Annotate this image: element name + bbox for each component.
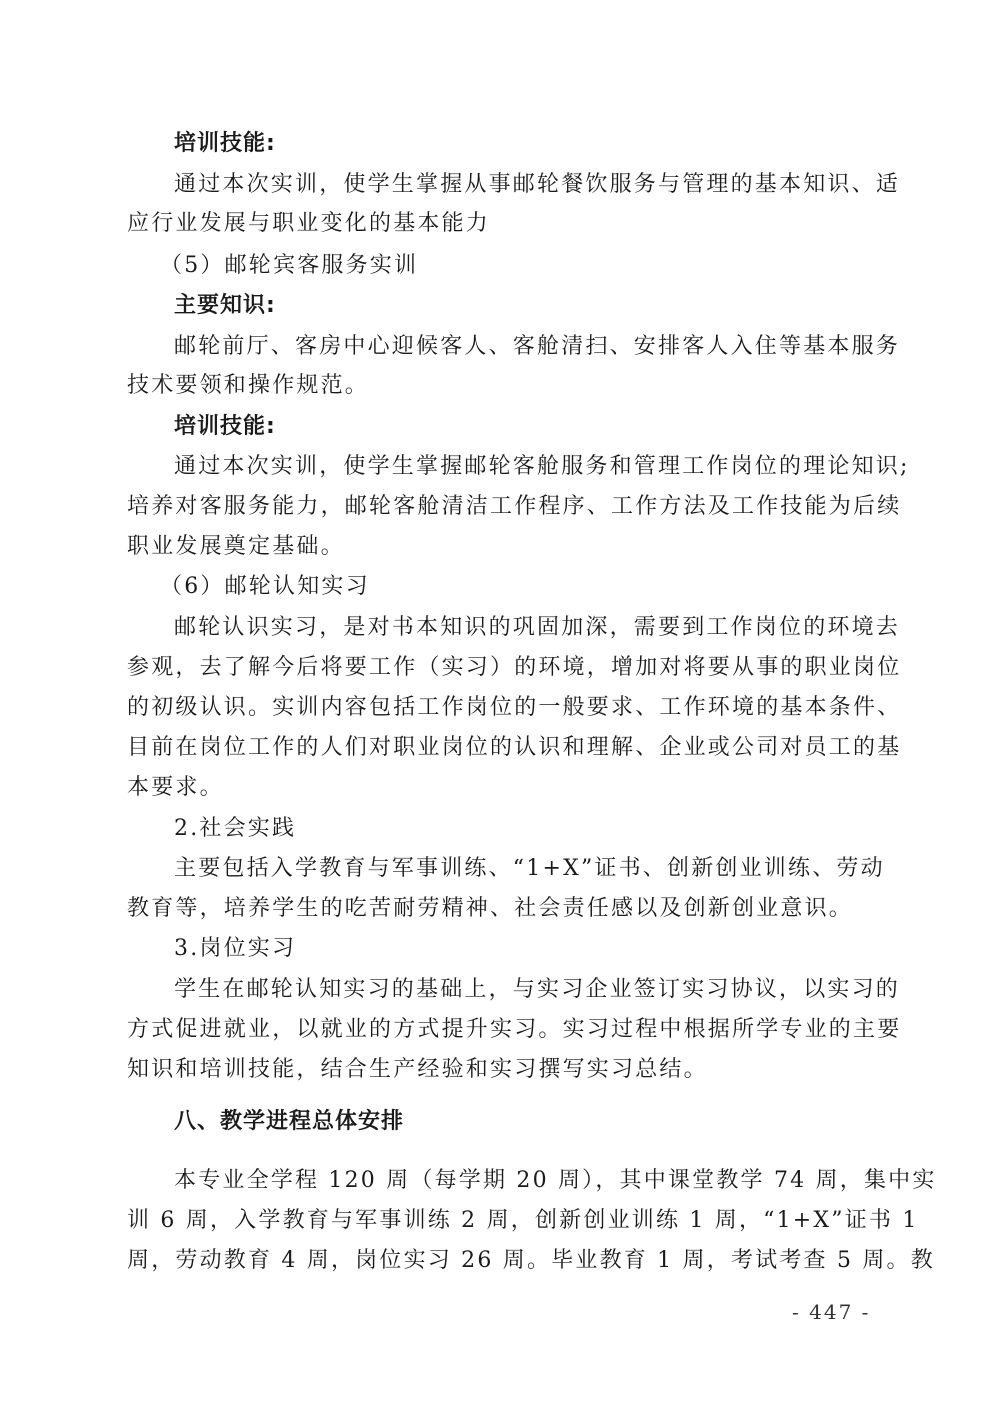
paragraph-line: 周，劳动教育 4 周，岗位实习 26 周。毕业教育 1 周，考试考查 5 周。教 xyxy=(127,1246,935,1276)
section-heading: 八、教学进程总体安排 xyxy=(174,1107,404,1137)
paragraph-line: 本专业全学程 120 周（每学期 20 周），其中课堂教学 74 周，集中实 xyxy=(174,1166,937,1196)
paragraph-line: 目前在岗位工作的人们对职业岗位的认识和理解、企业或公司对员工的基 xyxy=(127,733,901,763)
paragraph-line: 方式促进就业，以就业的方式提升实习。实习过程中根据所学专业的主要 xyxy=(127,1015,901,1045)
paragraph-line: 培养对客服务能力，邮轮客舱清洁工作程序、工作方法及工作技能为后续 xyxy=(127,492,901,522)
paragraph-line: 2.社会实践 xyxy=(174,814,296,844)
section-heading: 培训技能: xyxy=(174,129,276,159)
paragraph-line: 技术要领和操作规范。 xyxy=(127,371,369,401)
paragraph-line: 教育等，培养学生的吃苦耐劳精神、社会责任感以及创新创业意识。 xyxy=(127,894,853,924)
paragraph-line: 3.岗位实习 xyxy=(174,934,296,964)
paragraph-line: 知识和培训技能，结合生产经验和实习撰写实习总结。 xyxy=(127,1055,708,1085)
section-heading: 培训技能: xyxy=(174,412,276,442)
paragraph-line: （6）邮轮认知实习 xyxy=(160,572,370,602)
paragraph-line: 本要求。 xyxy=(127,773,224,803)
paragraph-line: 训 6 周，入学教育与军事训练 2 周，创新创业训练 1 周，“1+X”证书 1 xyxy=(127,1206,919,1236)
paragraph-line: （5）邮轮宾客服务实训 xyxy=(160,251,418,281)
paragraph-line: 通过本次实训，使学生掌握邮轮客舱服务和管理工作岗位的理论知识; xyxy=(174,452,910,482)
paragraph-line: 学生在邮轮认知实习的基础上，与实习企业签订实习协议，以实习的 xyxy=(174,975,900,1005)
paragraph-line: 的初级认识。实训内容包括工作岗位的一般要求、工作环境的基本条件、 xyxy=(127,693,901,723)
paragraph-line: 职业发展奠定基础。 xyxy=(127,532,345,562)
page-number: - 447 - xyxy=(792,1300,870,1324)
paragraph-line: 应行业发展与职业变化的基本能力 xyxy=(127,209,490,239)
paragraph-line: 邮轮认识实习，是对书本知识的巩固加深，需要到工作岗位的环境去 xyxy=(174,613,900,643)
paragraph-line: 邮轮前厅、客房中心迎候客人、客舱清扫、安排客人入住等基本服务 xyxy=(174,332,900,362)
paragraph-line: 通过本次实训，使学生掌握从事邮轮餐饮服务与管理的基本知识、适 xyxy=(174,170,900,200)
paragraph-line: 主要包括入学教育与军事训练、“1+X”证书、创新创业训练、劳动 xyxy=(174,854,885,884)
paragraph-line: 参观，去了解今后将要工作（实习）的环境，增加对将要从事的职业岗位 xyxy=(127,653,901,683)
section-heading: 主要知识: xyxy=(174,291,276,321)
